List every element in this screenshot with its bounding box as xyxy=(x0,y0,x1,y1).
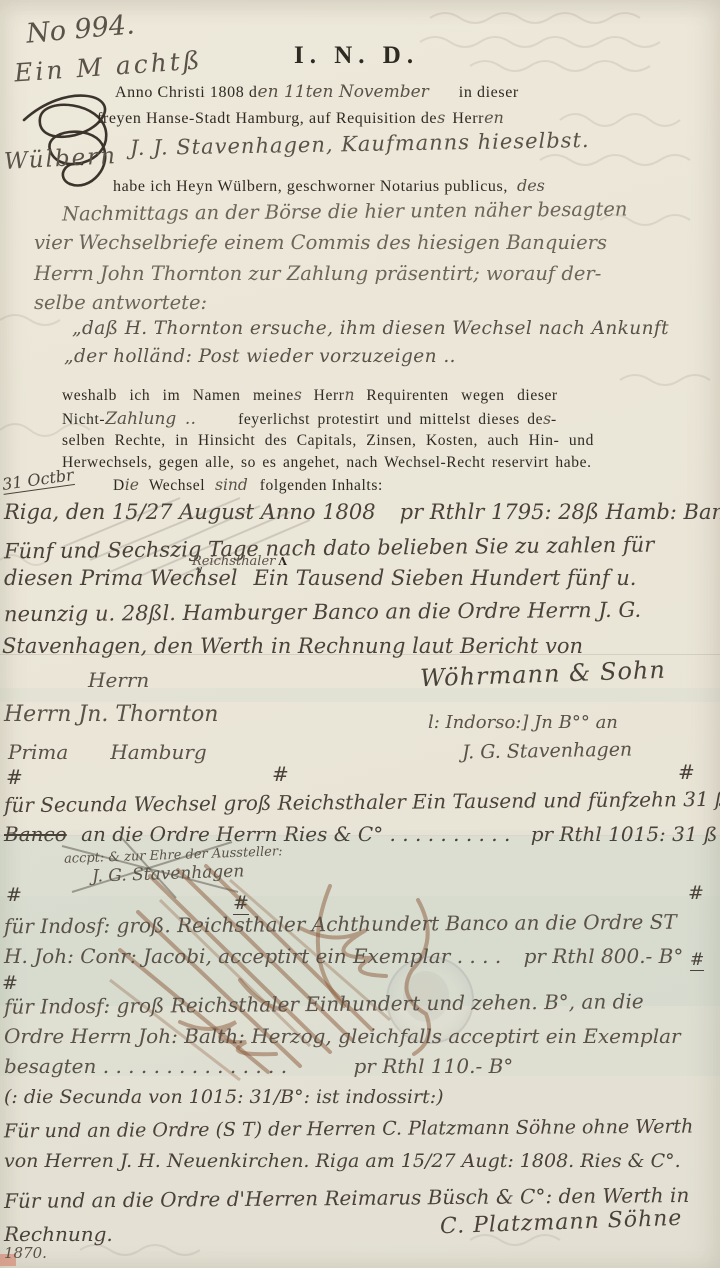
intro-notary-print: habe ich Heyn Wülbern, geschworner Notar… xyxy=(113,178,508,195)
secunda-struck-word: Banco xyxy=(4,822,67,846)
indos110-line-2: Ordre Herrn Joh: Balth: Herzog, gleichfa… xyxy=(4,1024,681,1048)
intro-notary-hand: des xyxy=(517,176,545,195)
platzmann-line-1: Für und an die Ordre (S T) der Herren C.… xyxy=(4,1116,694,1143)
protest-line-4: Herwechsels, gegen alle, so es angehet, … xyxy=(62,454,592,472)
bill-l3b: Ein Tausend Sieben Hundert fünf u. xyxy=(254,566,637,590)
protest-l1e: Requirenten wegen dieser xyxy=(366,387,557,404)
margin-signature-wulbern: Wülbern xyxy=(3,143,117,175)
protest-l2b: Zahlung ‥ xyxy=(105,409,196,429)
protest-l5b: ie xyxy=(125,476,139,494)
protest-l1a: weshalb ich im Namen meine xyxy=(62,387,294,404)
protest-l5c: Wechsel xyxy=(149,477,205,494)
presentation-line-2: vier Wechselbriefe einem Commis des hies… xyxy=(34,231,607,254)
indorso-label: l: Indorso:] Jn B°° an xyxy=(428,712,618,733)
presentation-line-1: Nachmittags an der Börse die hier unten … xyxy=(62,198,628,226)
bill-line-5: Stavenhagen, den Werth in Rechnung laut … xyxy=(2,634,583,658)
reimarus-line-2: Rechnung. xyxy=(4,1222,113,1246)
document-heading: I. N. D. xyxy=(294,42,394,70)
intro-line-4: habe ich Heyn Wülbern, geschworner Notar… xyxy=(113,176,545,196)
presentation-line-3: Herrn John Thornton zur Zahlung präsenti… xyxy=(34,262,601,285)
scanned-protest-document: No 994. Ein M achtß Wülbern I. N. D. Ann… xyxy=(0,0,720,1268)
intro-line-1: Anno Christi 1808 den 11ten Novemberin d… xyxy=(115,82,519,102)
protest-l5d: sind xyxy=(215,476,248,494)
answer-quote-line-1: „daß H. Thornton ersuche, ihm diesen Wec… xyxy=(72,318,669,339)
platzmann-signature: C. Platzmann Söhne xyxy=(440,1206,683,1239)
indos800-line-2: H. Joh: Conr: Jacobi, acceptirt ein Exem… xyxy=(4,944,683,968)
drawer-signature: Wöhrmann & Sohn xyxy=(420,656,667,693)
requirent-name: J. J. Stavenhagen, Kaufmanns hieselbst. xyxy=(130,128,590,160)
secunda-amount: pr Rthl 1015: 31 ß B° xyxy=(531,822,720,846)
indos110-amount: pr Rthl 110.- B° xyxy=(353,1054,513,1078)
document-number: No 994. xyxy=(25,9,136,49)
intro-herr-print: Herr xyxy=(452,110,484,127)
bill-line-1: Riga, den 15/27 August Anno 1808pr Rthlr… xyxy=(4,500,720,524)
secunda-line-1: für Secunda Wechsel groß Reichsthaler Ei… xyxy=(4,787,720,817)
hash-mark: # xyxy=(678,760,695,784)
platzmann-line-2: von Herren J. H. Neuenkirchen. Riga am 1… xyxy=(4,1150,681,1172)
copy-and-city: PrimaHamburg xyxy=(8,740,207,764)
indos800-amount: pr Rthl 800.- B° xyxy=(524,944,684,968)
protest-l2c: feyerlichst protestirt und mittelst dies… xyxy=(238,411,543,428)
intro-city-print: freyen Hanse-Stadt Hamburg, auf Requisit… xyxy=(97,110,437,127)
protest-l2a: Nicht- xyxy=(62,411,105,428)
intro-anno-tail: in dieser xyxy=(459,84,519,101)
copy-label: Prima xyxy=(8,740,68,764)
bill-line-2: Fünf und Sechszig Tage nach dato beliebe… xyxy=(4,533,654,564)
intro-anno-print: Anno Christi 1808 d xyxy=(115,84,258,101)
secunda-indossirt-note: (: die Secunda von 1015: 31/B°: ist indo… xyxy=(4,1086,444,1108)
secunda-line-2: Banco an die Ordre Herrn Ries & C° . . .… xyxy=(4,822,720,846)
hash-mark: # xyxy=(688,882,704,904)
protest-line-1: weshalb ich im Namen meines Herrn Requir… xyxy=(62,386,558,405)
protest-l2e: - xyxy=(551,411,557,428)
protest-l1b: s xyxy=(294,386,302,404)
protest-line-3: selben Rechte, in Hinsicht des Capitals,… xyxy=(62,432,594,450)
indos800-l2-text: H. Joh: Conr: Jacobi, acceptirt ein Exem… xyxy=(4,944,501,968)
hash-mark: # xyxy=(690,950,704,971)
protest-l2d: s xyxy=(543,410,551,428)
indorso-signature: J. G. Stavenhagen xyxy=(462,739,633,764)
intro-herr-hand: en xyxy=(484,108,504,127)
protest-line-2: Nicht-Zahlung ‥feyerlichst protestirt un… xyxy=(62,409,557,429)
protest-line-5: Die Wechsel sind folgenden Inhalts: xyxy=(113,476,383,495)
bill-line-3: diesen Prima WechselEin Tausend Sieben H… xyxy=(4,566,636,590)
bill-line-4: neunzig u. 28ßl. Hamburger Banco an die … xyxy=(4,598,641,626)
hash-mark: # xyxy=(272,762,289,786)
answer-quote-line-2: „der holländ: Post wieder vorzuzeigen ‥ xyxy=(64,346,456,367)
intro-city-hand: s xyxy=(437,108,445,127)
addressee-intro: Herrn xyxy=(88,668,149,692)
indos110-l3-text: besagten . . . . . . . . . . . . . . . xyxy=(4,1054,287,1078)
bill-l1-place-date: Riga, den 15/27 August Anno 1808 xyxy=(4,500,376,524)
margin-date-note: 31 Octbr xyxy=(1,465,75,495)
presentation-line-4: selbe antwortete: xyxy=(34,291,207,314)
protest-l5e: folgenden Inhalts: xyxy=(260,477,383,494)
honour-acceptance-signature: J. G. Stavenhagen xyxy=(92,861,245,886)
secunda-l2-text: an die Ordre Herrn Ries & C° . . . . . .… xyxy=(81,822,510,846)
hash-mark: # xyxy=(2,972,18,994)
intro-anno-hand: en 11ten November xyxy=(258,82,429,102)
hash-mark: # xyxy=(6,765,23,789)
protest-l1c: Herr xyxy=(314,387,345,404)
bill-l1-amount: pr Rthlr 1795: 28ß Hamb: Banco xyxy=(400,500,720,524)
indos110-line-1: für Indosf: groß Reichsthaler Einhundert… xyxy=(4,989,644,1019)
addressee-city: Hamburg xyxy=(110,740,206,764)
hash-mark: # xyxy=(233,892,249,915)
protest-l5a: D xyxy=(113,477,125,494)
protest-l1d: n xyxy=(344,386,354,404)
intro-line-2: freyen Hanse-Stadt Hamburg, auf Requisit… xyxy=(97,108,504,128)
indos110-line-3: besagten . . . . . . . . . . . . . . . p… xyxy=(4,1054,513,1078)
registry-number: 1870. xyxy=(4,1244,47,1262)
indos800-line-1: für Indosf: groß. Reichsthaler Achthunde… xyxy=(4,910,677,939)
hash-mark: # xyxy=(6,884,22,906)
bill-l3a: diesen Prima Wechsel xyxy=(4,566,238,590)
addressee-name: Herrn Jn. Thornton xyxy=(4,702,218,727)
